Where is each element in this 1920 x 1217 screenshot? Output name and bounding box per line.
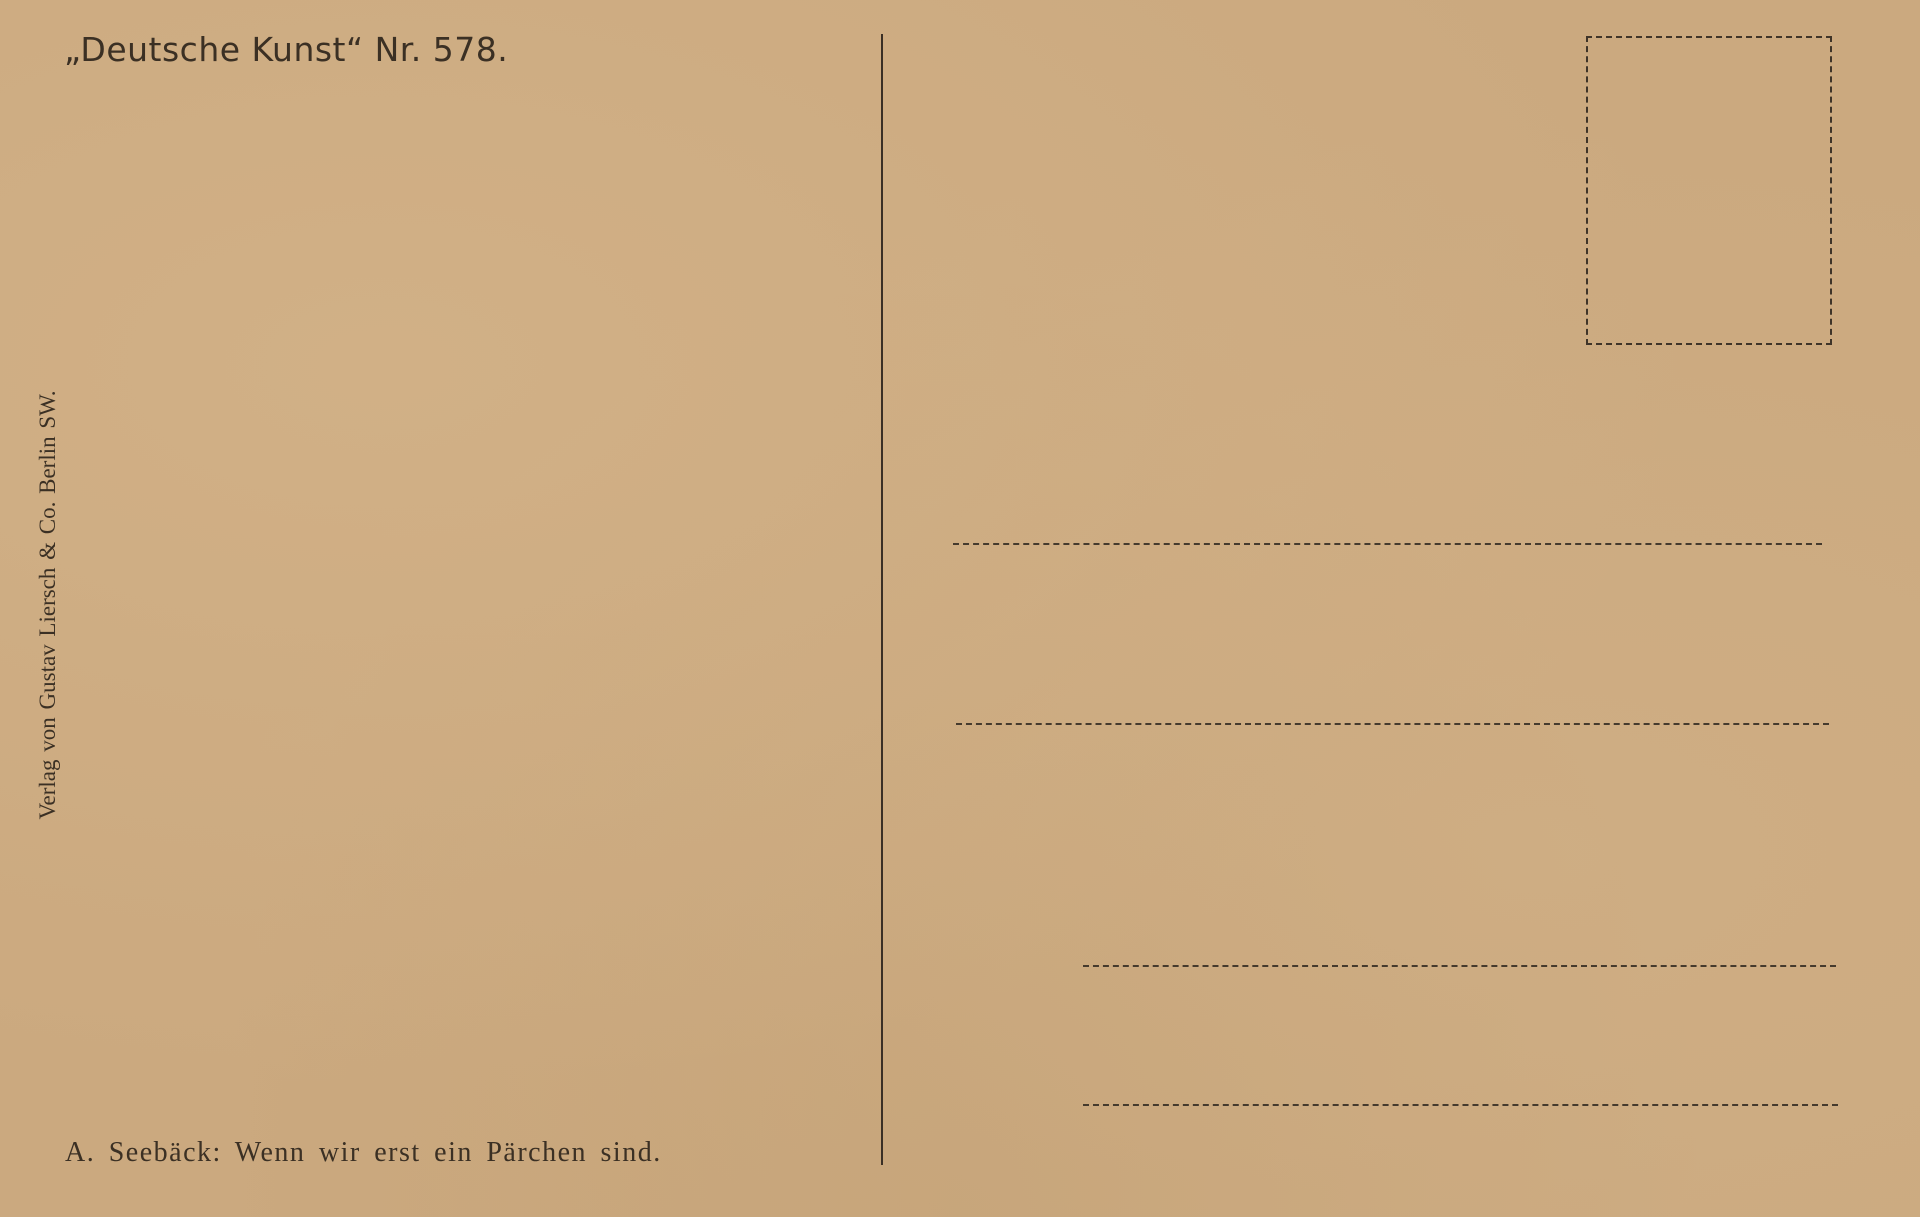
address-line-1	[953, 543, 1822, 545]
address-line-2	[956, 723, 1829, 725]
address-line-3	[1083, 965, 1836, 967]
address-line-4	[1083, 1104, 1838, 1106]
stamp-placeholder-box	[1586, 36, 1832, 345]
series-title: „Deutsche Kunst“ Nr. 578.	[64, 30, 508, 69]
publisher-imprint: Verlag von Gustav Liersch & Co. Berlin S…	[35, 390, 61, 819]
message-address-divider	[881, 34, 883, 1165]
postcard-back: „Deutsche Kunst“ Nr. 578. Verlag von Gus…	[0, 0, 1920, 1217]
artwork-caption: A. Seebäck: Wenn wir erst ein Pärchen si…	[65, 1137, 662, 1169]
